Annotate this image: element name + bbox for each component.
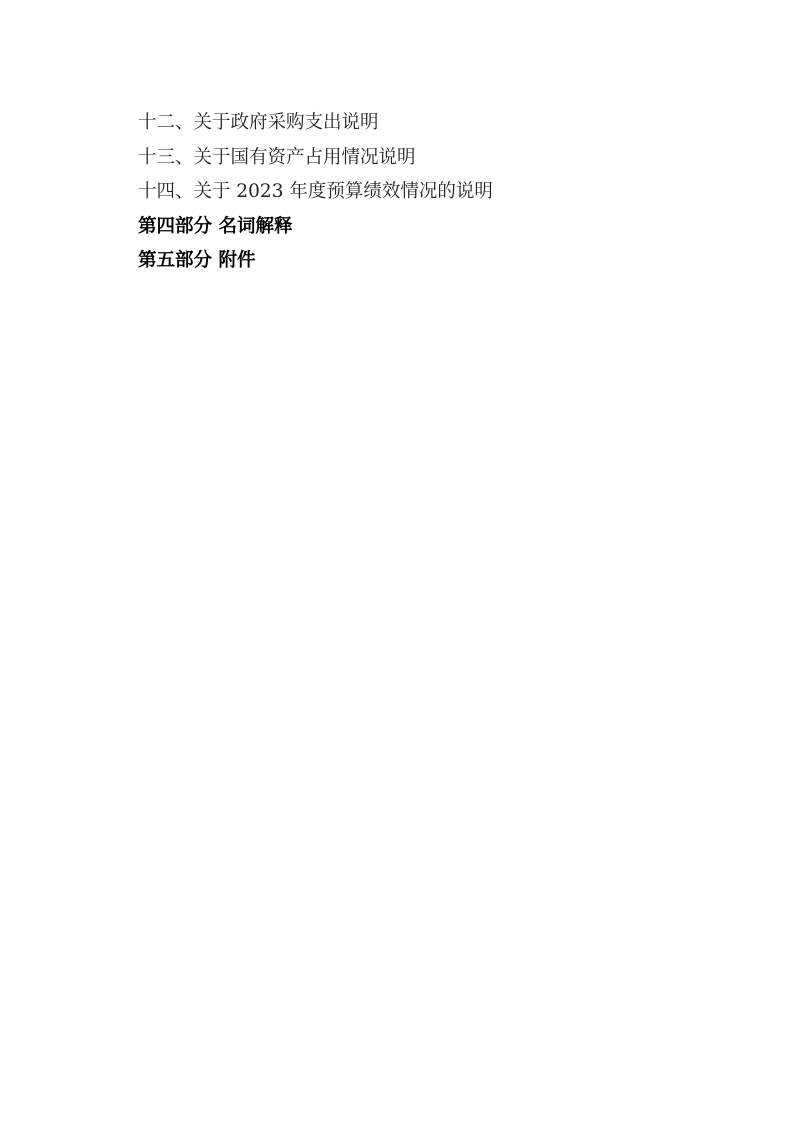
toc-part-glossary: 第四部分 名词解释 <box>138 210 493 245</box>
toc-entry-government-procurement: 十二、关于政府采购支出说明 <box>138 106 493 141</box>
toc-entry-budget-performance: 十四、关于 2023 年度预算绩效情况的说明 <box>138 175 493 210</box>
toc-part-attachments: 第五部分 附件 <box>138 244 493 279</box>
document-page: 十二、关于政府采购支出说明 十三、关于国有资产占用情况说明 十四、关于 2023… <box>0 0 793 1122</box>
table-of-contents: 十二、关于政府采购支出说明 十三、关于国有资产占用情况说明 十四、关于 2023… <box>138 106 493 279</box>
toc-entry-state-assets: 十三、关于国有资产占用情况说明 <box>138 141 493 176</box>
